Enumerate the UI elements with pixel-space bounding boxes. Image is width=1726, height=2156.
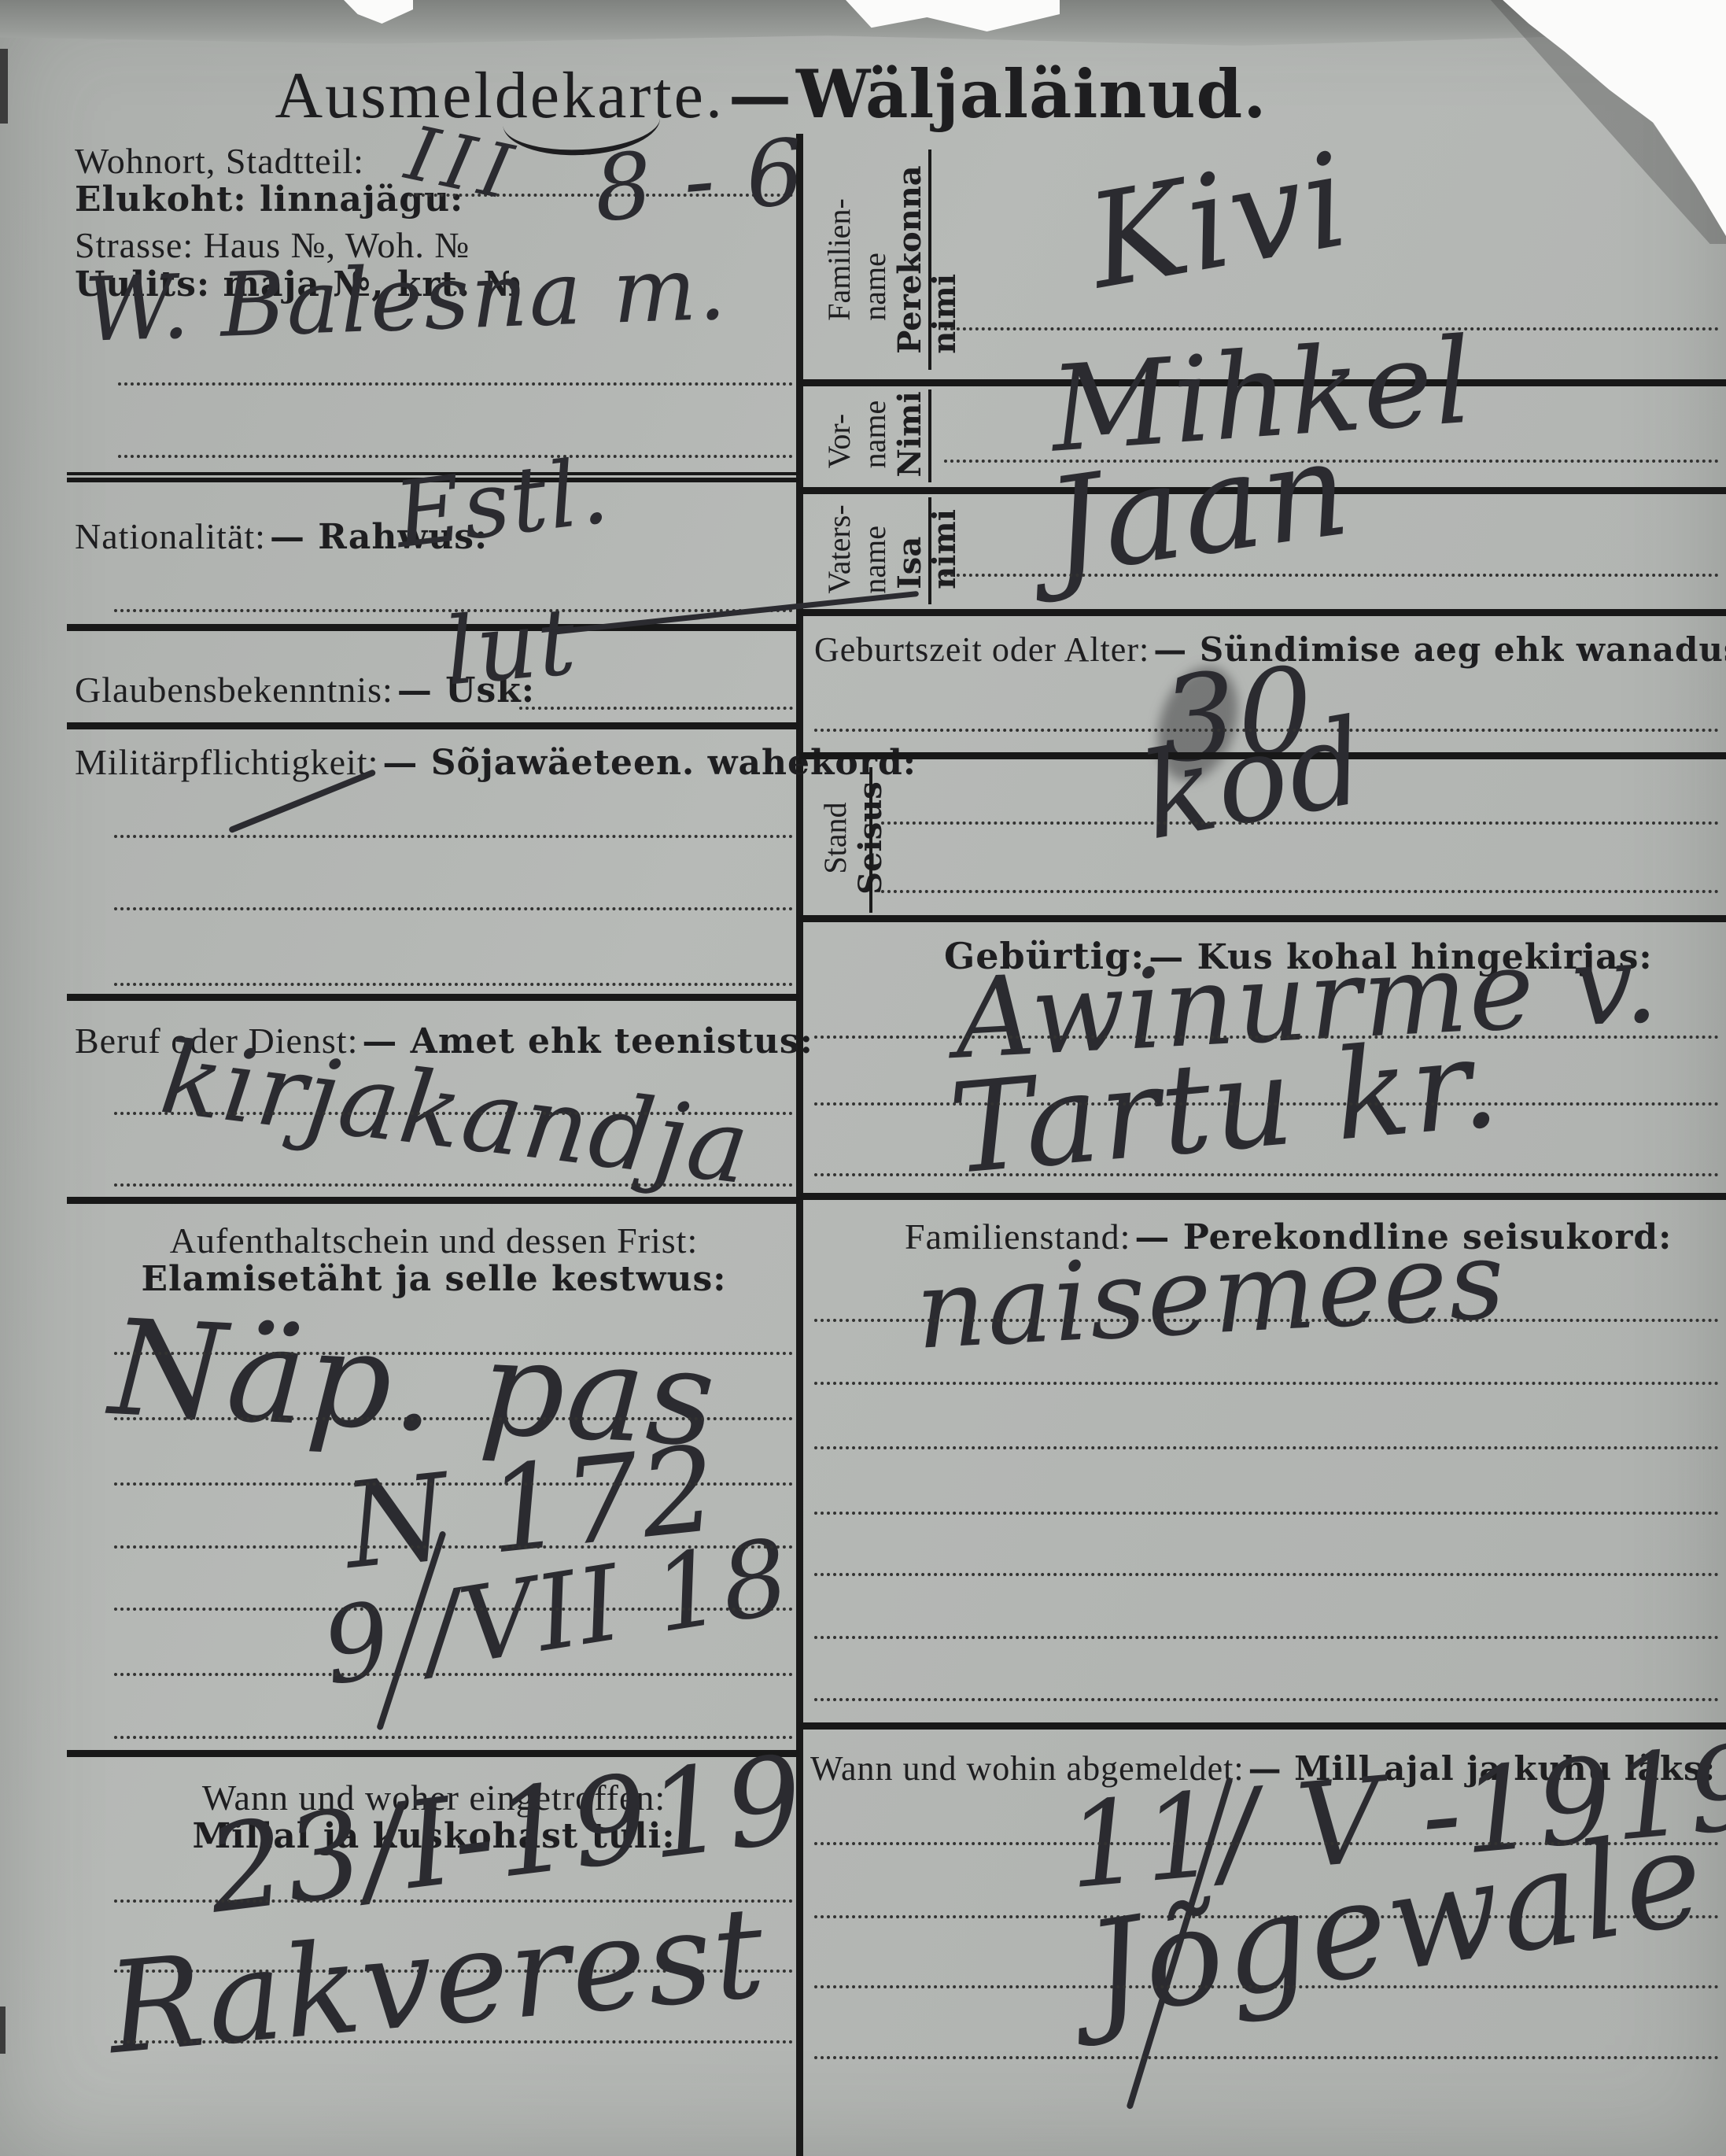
dotted-line: [814, 1573, 1719, 1576]
label-nationality-de: Nationalität:: [75, 516, 266, 556]
dotted-line: [814, 1382, 1719, 1385]
dotted-line: [814, 1173, 1719, 1176]
scanned-registration-card: Ausmeldekarte. — Wäljaläinud. Wohnort, S…: [0, 0, 1726, 2156]
label-permit-et: Elamisetäht ja selle kestwus:: [75, 1259, 793, 1299]
label-rule: [928, 150, 931, 370]
dotted-line: [114, 1673, 793, 1676]
dotted-line: [114, 1112, 793, 1115]
dotted-line: [114, 2040, 793, 2043]
title-estonian: Wäljaläinud.: [796, 55, 1267, 133]
label-first-name: Vor-name Nimi: [822, 387, 928, 482]
label-father-name: Vaters-name Isanimi: [822, 494, 963, 604]
dotted-line: [814, 1102, 1719, 1106]
dotted-line: [944, 574, 1719, 577]
label-military: Militärpflichtigkeit: — Sõjawäeteen. wah…: [75, 741, 916, 783]
dotted-line: [114, 1545, 793, 1549]
section-separator: [67, 994, 799, 1001]
section-separator: [799, 915, 1726, 922]
section-separator: [799, 1722, 1726, 1730]
dotted-line: [814, 1985, 1719, 1988]
label-birth-de: Geburtszeit oder Alter:: [814, 630, 1149, 669]
dotted-line: [114, 1736, 793, 1739]
label-religion-de: Glaubensbekenntnis:: [75, 670, 393, 710]
dotted-line: [814, 1446, 1719, 1449]
label-first-name-et: Nimi: [893, 391, 928, 477]
label-rule: [928, 389, 931, 482]
dotted-line: [114, 1608, 793, 1611]
label-father-name-de: Vaters-name: [822, 504, 893, 593]
label-rule: [869, 767, 872, 913]
dotted-line: [118, 382, 793, 386]
section-separator: [67, 722, 799, 729]
dotted-line: [114, 983, 793, 986]
dotted-line: [114, 1352, 793, 1355]
dotted-line: [881, 821, 1719, 825]
section-separator: [799, 609, 1726, 616]
label-permit-de: Aufenthaltschein und dessen Frist:: [75, 1220, 793, 1261]
dotted-line: [881, 890, 1719, 893]
label-rule: [928, 497, 931, 604]
dotted-line: [814, 1636, 1719, 1639]
dotted-line: [814, 1319, 1719, 1322]
dotted-line: [519, 707, 793, 710]
dotted-line: [814, 1698, 1719, 1701]
label-family-name-de: Familien-name: [822, 198, 893, 321]
dotted-line: [114, 835, 793, 838]
dotted-line: [814, 1512, 1719, 1515]
label-first-name-de: Vor-name: [822, 401, 893, 469]
label-status: Stand Seisus: [818, 763, 889, 913]
handwriting-religion: lut: [441, 586, 581, 706]
scan-edge-artifact: [0, 49, 8, 124]
scan-edge-artifact: [0, 2006, 6, 2054]
dotted-line: [814, 2056, 1719, 2059]
label-wohnort-de: Wohnort, Stadtteil:: [75, 140, 364, 182]
dotted-line: [114, 1183, 793, 1187]
label-family-name: Familien-name Perekonnanimi: [822, 150, 963, 370]
dotted-line: [114, 907, 793, 910]
dotted-line: [114, 1482, 793, 1486]
label-military-de: Militärpflichtigkeit:: [75, 742, 378, 782]
section-separator: [67, 624, 799, 631]
dotted-line: [114, 1417, 793, 1420]
label-status-de: Stand: [818, 802, 854, 873]
section-separator: [67, 1197, 799, 1204]
section-separator: [799, 1193, 1726, 1200]
handwriting-house-number: 8 - 6: [590, 120, 810, 243]
